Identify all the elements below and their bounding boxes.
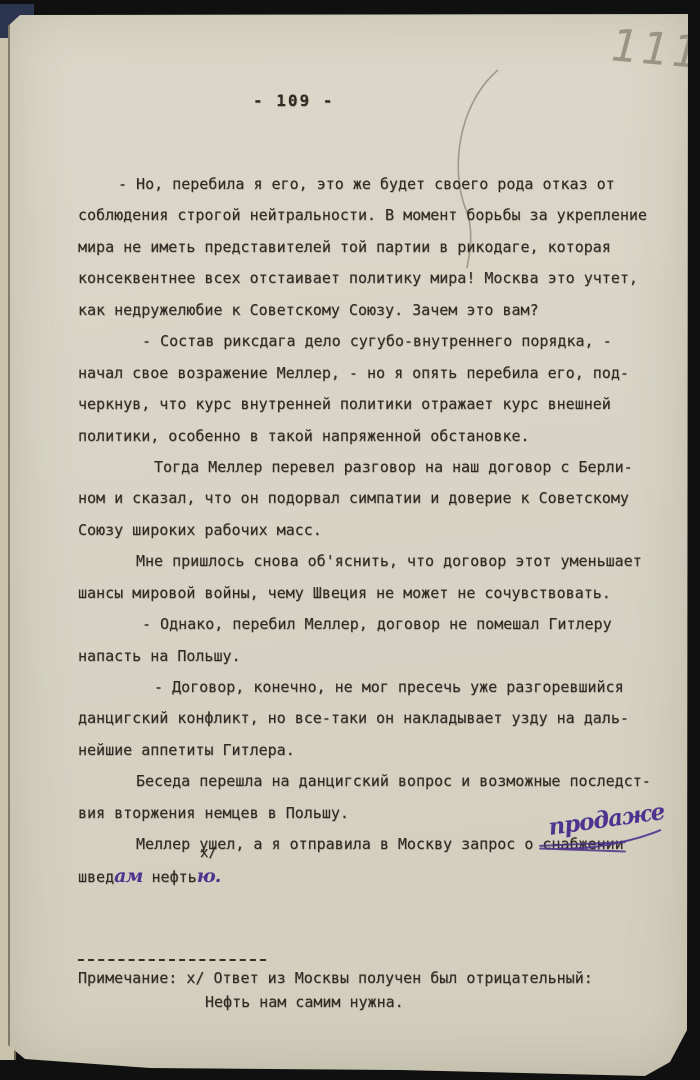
typed-line: данцигский конфликт, но все-таки он накл…: [78, 703, 658, 734]
typed-line: политики, особенно в такой напряженной о…: [78, 421, 658, 452]
handwritten-correction: ю.: [197, 865, 221, 887]
typed-line: шведам нефтью.: [78, 861, 658, 892]
typed-line: ном и сказал, что он подорвал симпатии и…: [78, 483, 658, 514]
typed-line: начал свое возражение Меллер, - но я опя…: [78, 358, 658, 389]
page-number: - 109 -: [253, 91, 334, 110]
footnote-text-line2: Нефть нам самим нужна.: [205, 993, 404, 1011]
footnote-separator-line: [78, 959, 266, 961]
pencil-folio-number: 111: [604, 20, 700, 79]
footnote-text-line1: Примечание: х/ Ответ из Москвы получен б…: [78, 969, 593, 987]
typed-line: как недружелюбие к Советскому Союзу. Зач…: [78, 295, 658, 326]
document-page: - 109 - 111 - Но, перебила я его, это же…: [0, 0, 700, 1080]
typed-line: напасть на Польшу.: [78, 641, 658, 672]
footnote-reference-marker: х/: [200, 845, 217, 861]
typed-line: нейшие аппетиты Гитлера.: [78, 735, 658, 766]
page-crease-line: [8, 20, 10, 1052]
typed-line: - Состав риксдага дело сугубо-внутреннег…: [78, 326, 658, 357]
typed-line: - Договор, конечно, не мог пресечь уже р…: [78, 672, 658, 703]
typed-line: Союзу широких рабочих масс.: [78, 515, 658, 546]
typed-text-part: швед: [78, 868, 114, 886]
typed-line: мира не иметь представителей той партии …: [78, 232, 658, 263]
typed-line: Мне пришлось снова об'яснить, что догово…: [78, 546, 658, 577]
typed-body-text: - Но, перебила я его, это же будет своег…: [78, 169, 658, 892]
typed-line: Тогда Меллер перевел разговор на наш дог…: [78, 452, 658, 483]
typed-line: - Однако, перебил Меллер, договор не пом…: [78, 609, 658, 640]
typed-line: шансы мировой войны, чему Швеция не може…: [78, 578, 658, 609]
typed-line: соблюдения строгой нейтральности. В моме…: [78, 200, 658, 231]
typed-line: черкнув, что курс внутренней политики от…: [78, 389, 658, 420]
handwritten-correction: ам: [114, 865, 142, 887]
typed-text-part: нефть: [143, 868, 197, 886]
typed-text-part: Меллер ушел, а я отправила в Москву запр…: [136, 835, 542, 853]
typed-line: Беседа перешла на данцигский вопрос и во…: [78, 766, 658, 797]
typed-line: - Но, перебила я его, это же будет своег…: [78, 169, 658, 200]
typed-line: консеквентнее всех отстаивает политику м…: [78, 263, 658, 294]
